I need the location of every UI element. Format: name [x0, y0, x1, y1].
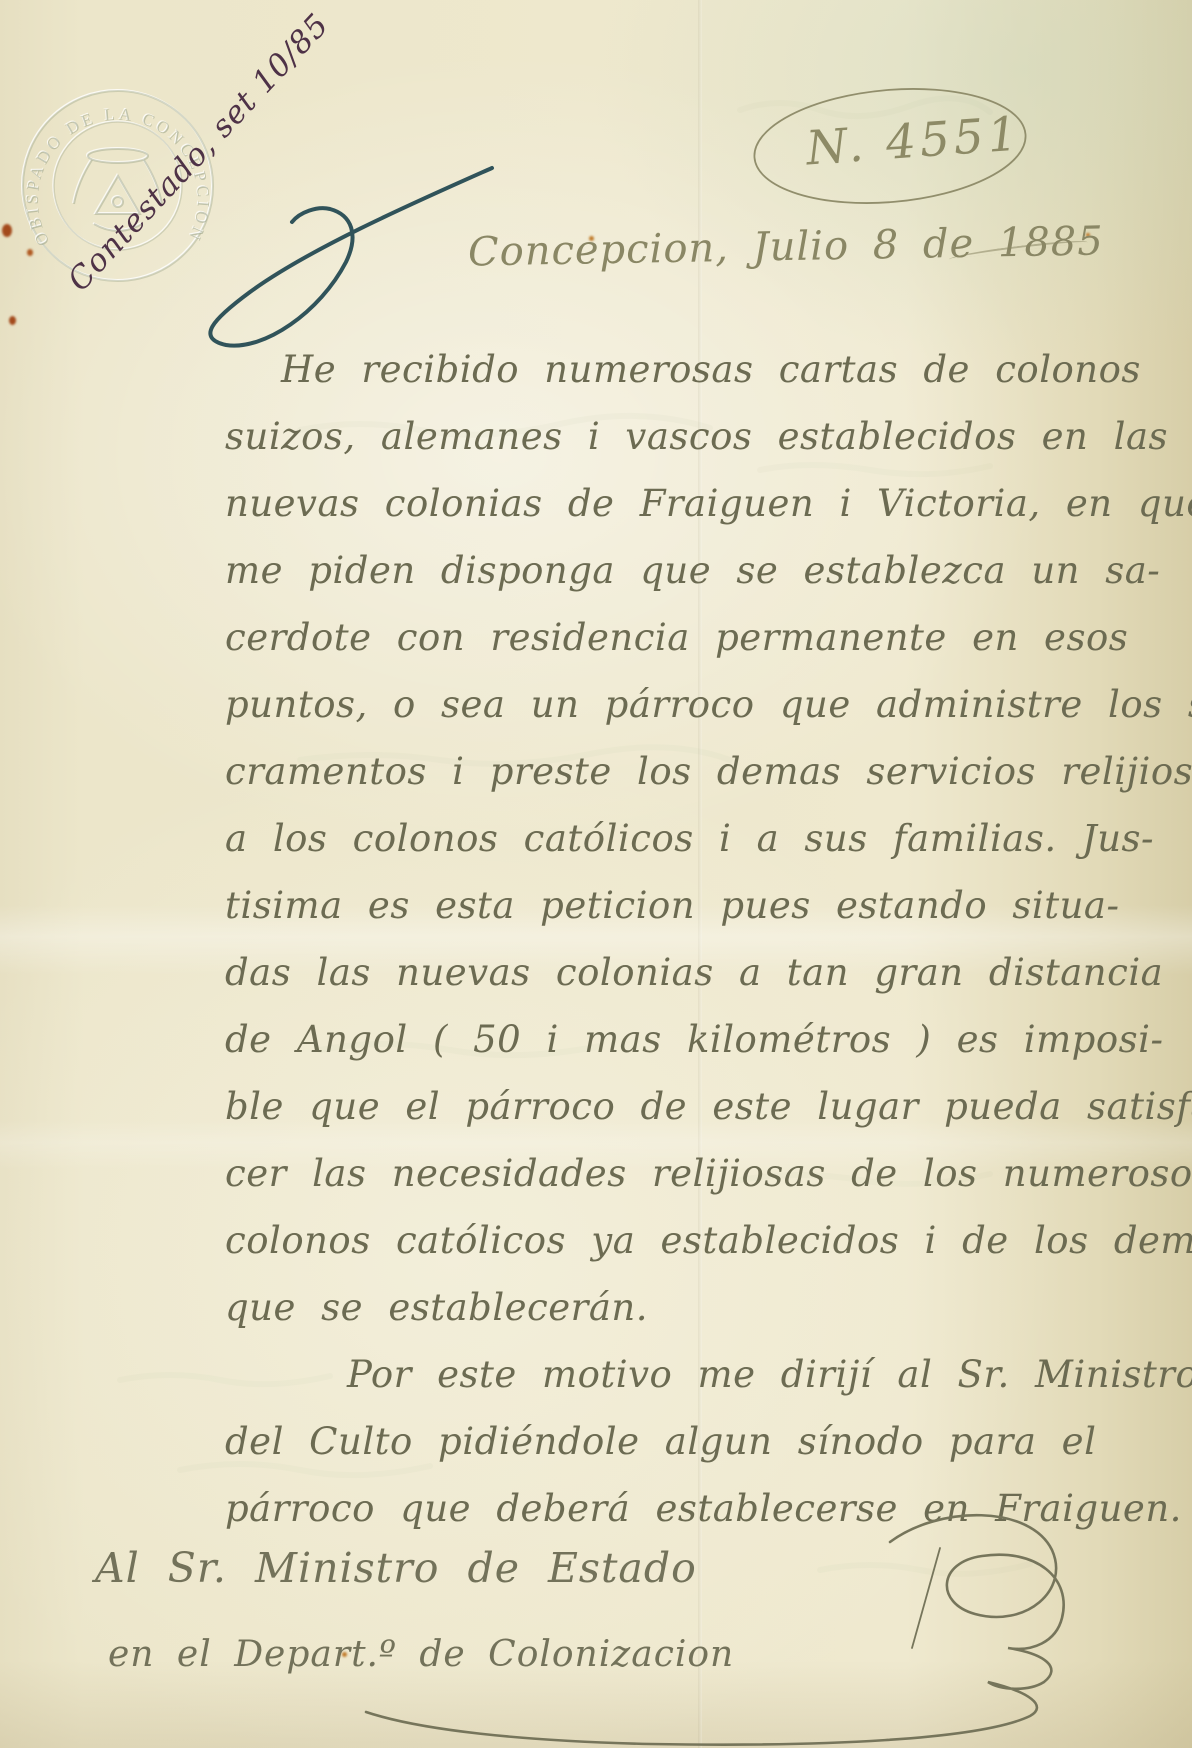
letter-line: que se establecerán.: [225, 1274, 1165, 1341]
letter-body: He recibido numerosas cartas de colonos …: [225, 336, 1165, 1542]
addressee-line-2: en el Depart.º de Colonizacion: [108, 1634, 734, 1675]
letter-line: Por este motivo me dirijí al Sr. Ministr…: [225, 1341, 1165, 1408]
letter-line: párroco que deberá establecerse en Fraig…: [225, 1475, 1165, 1542]
foxing-spot: [9, 316, 16, 325]
letter-line: das las nuevas colonias a tan gran dista…: [225, 939, 1165, 1006]
letter-line: cerdote con residencia permanente en eso…: [225, 604, 1165, 671]
letter-line: me piden disponga que se establezca un s…: [225, 537, 1165, 604]
letter-line: cer las necesidades relijiosas de los nu…: [225, 1140, 1165, 1207]
letter-line: tisima es esta peticion pues estando sit…: [225, 872, 1165, 939]
letter-line: puntos, o sea un párroco que administre …: [225, 671, 1165, 738]
letter-line: nuevas colonias de Fraiguen i Victoria, …: [225, 470, 1165, 537]
letter-line: He recibido numerosas cartas de colonos: [225, 336, 1165, 403]
addressee-line-1: Al Sr. Ministro de Estado: [95, 1544, 697, 1592]
file-number-group: N. 4551: [748, 78, 1038, 218]
letter-line: a los colonos católicos i a sus familias…: [225, 805, 1165, 872]
letter-line: cramentos i preste los demas servicios r…: [225, 738, 1165, 805]
letter-line: del Culto pidiéndole algun sínodo para e…: [225, 1408, 1165, 1475]
letter-line: de Angol ( 50 i mas kilométros ) es impo…: [225, 1006, 1165, 1073]
manuscript-letter-page: OBISPADO DE LA CONCEPCION OBISPADO DE LA…: [0, 0, 1192, 1748]
letter-line: suizos, alemanes i vascos establecidos e…: [225, 403, 1165, 470]
letter-line: ble que el párroco de este lugar pueda s…: [225, 1073, 1165, 1140]
embossed-seal: OBISPADO DE LA CONCEPCION OBISPADO DE LA…: [0, 64, 240, 308]
letter-line: colonos católicos ya establecidos i de l…: [225, 1207, 1165, 1274]
